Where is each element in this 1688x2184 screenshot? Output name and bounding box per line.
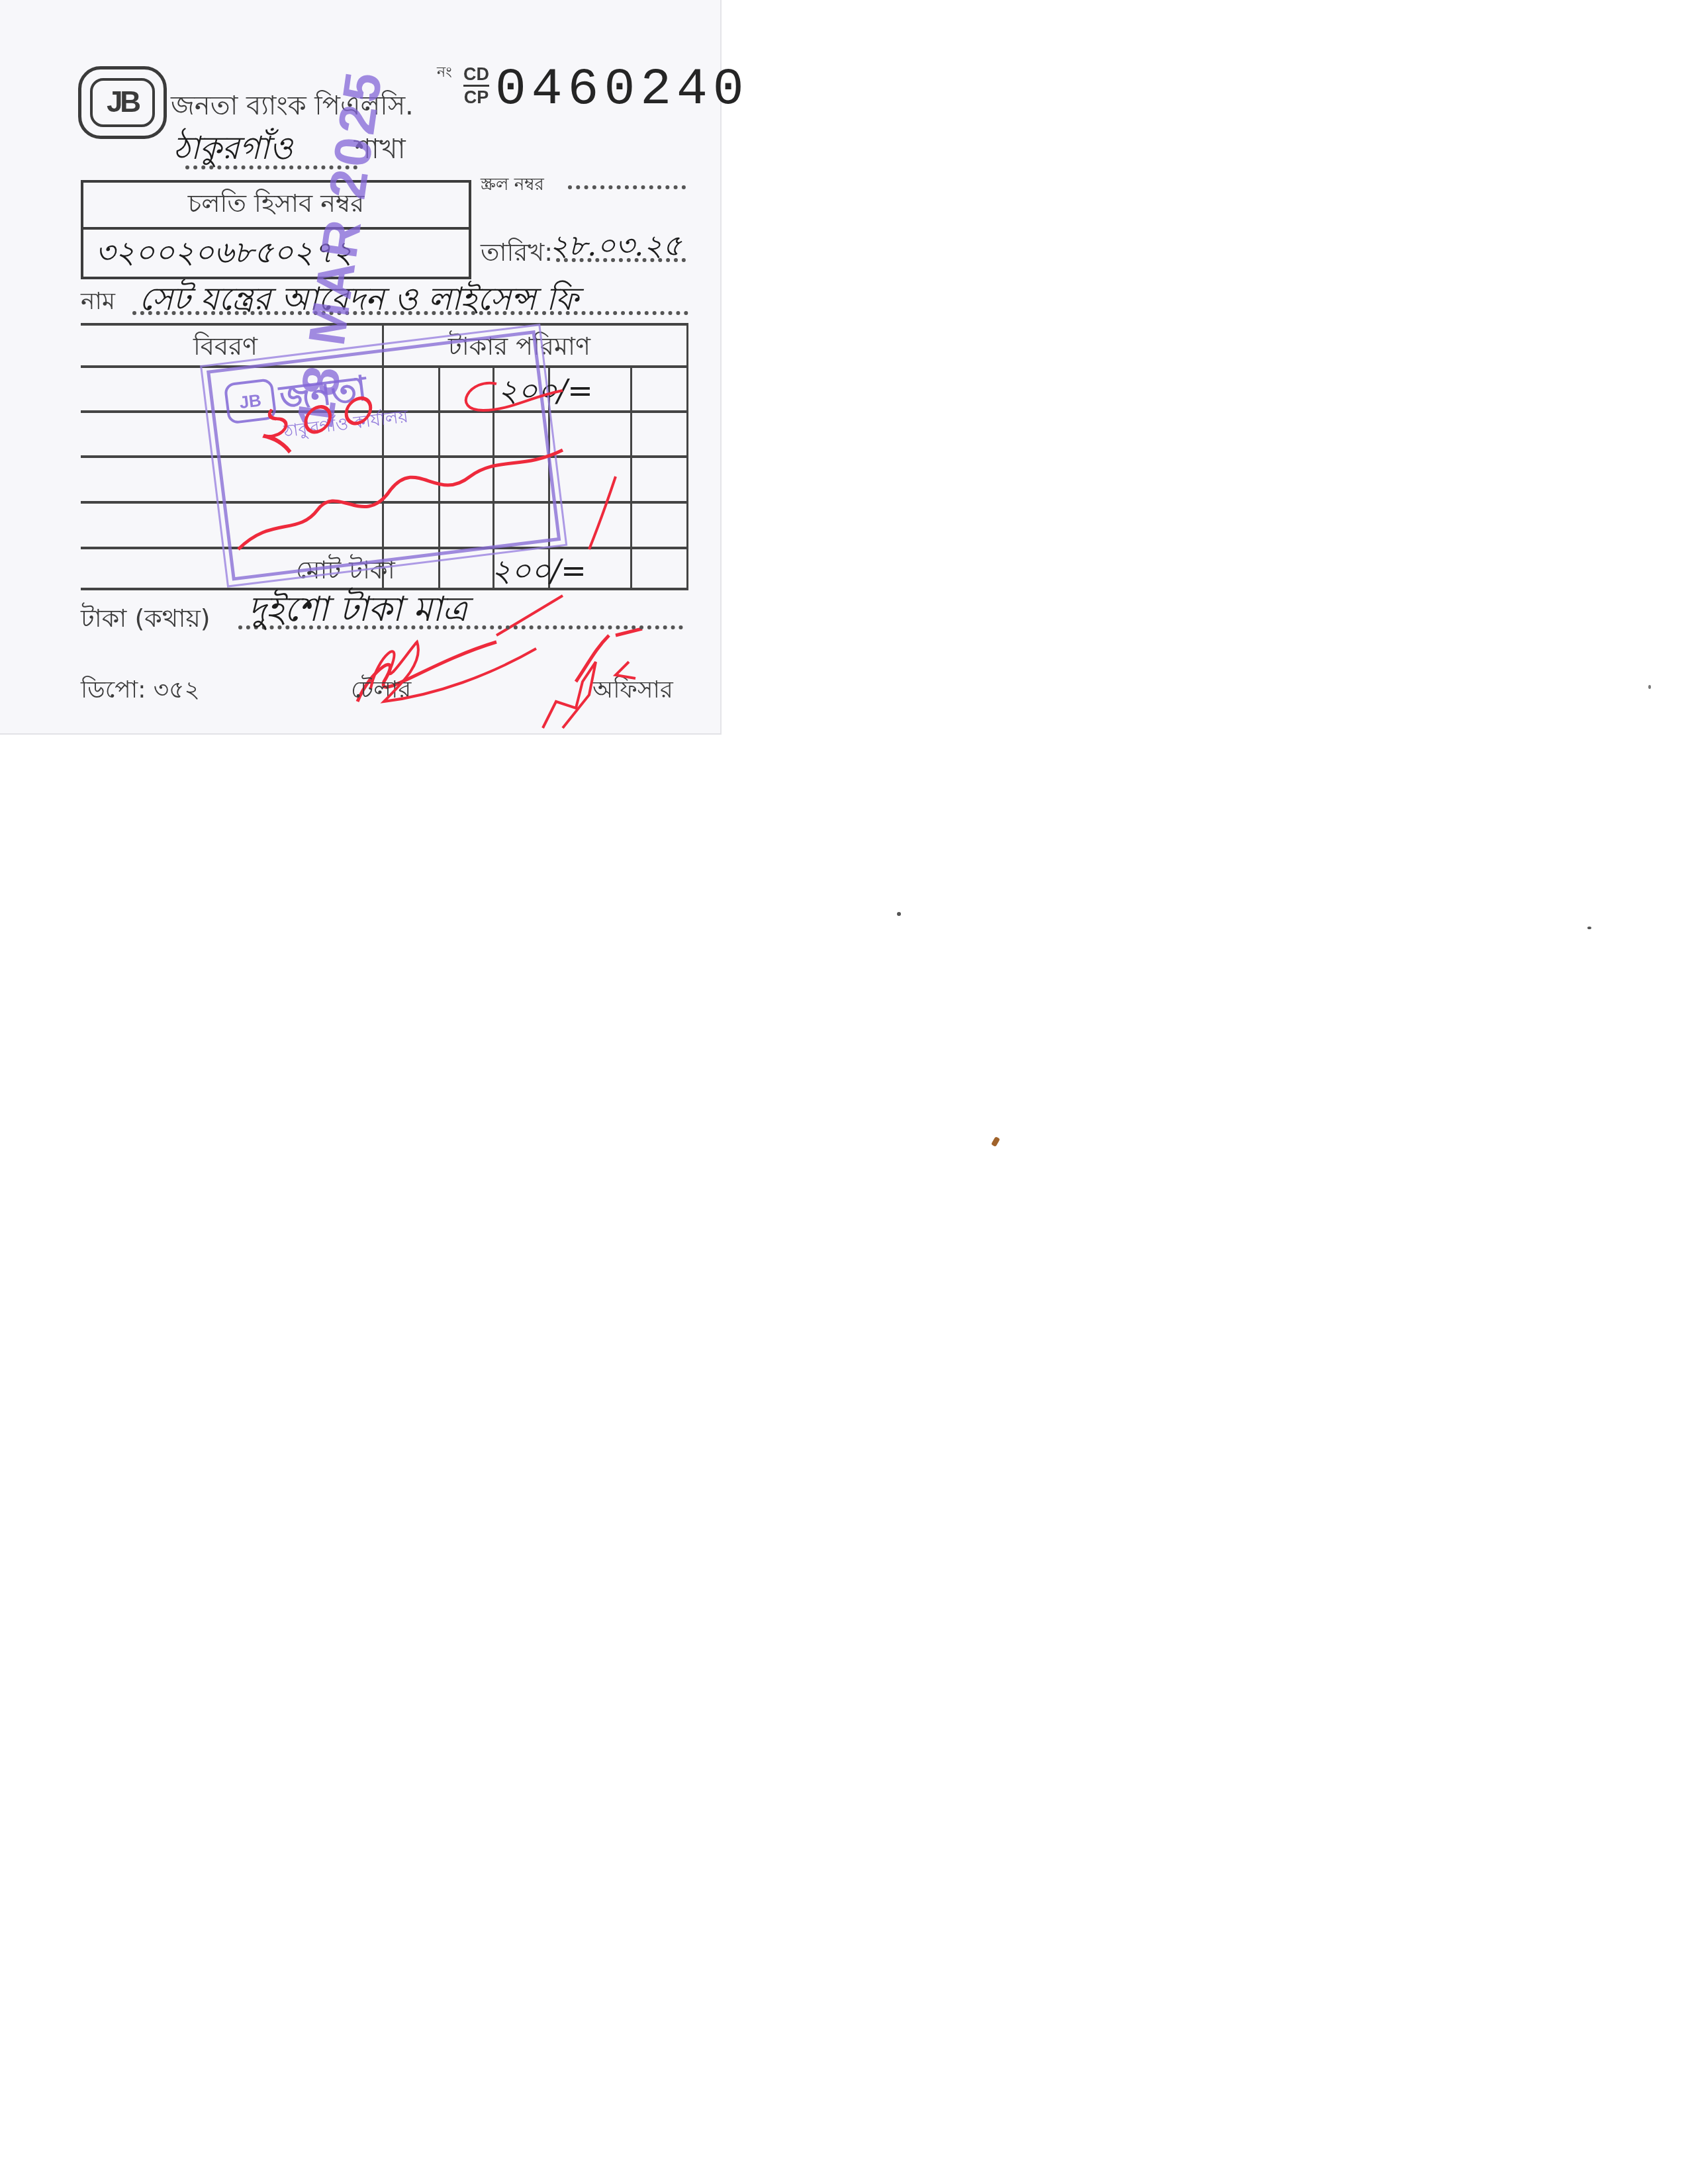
branch-handwritten: ঠাকুরগাঁও: [173, 124, 293, 177]
cd-cp-label: CD CP: [463, 65, 489, 107]
date-handwritten: ২৮.০৩.২৫: [549, 224, 682, 272]
account-number-box: চলতি হিসাব নম্বর ৩২০০২০৬৮৫০২৭২: [81, 180, 471, 279]
name-label: নাম: [81, 283, 115, 323]
scan-speck: [1648, 685, 1651, 689]
date-label: তারিখ:: [481, 233, 553, 275]
account-number-handwritten: ৩২০০২০৬৮৫০২৭২: [83, 230, 469, 279]
scan-speck: [897, 912, 901, 916]
serial-number: 0460240: [495, 61, 749, 119]
depot-label: ডিপো: ৩৫২: [81, 672, 200, 711]
janata-bank-logo-icon: JB: [78, 66, 167, 139]
signature-marks: [344, 629, 715, 735]
scan-speck: [1587, 927, 1591, 929]
header-description: বিবরণ: [193, 327, 258, 369]
account-box-title: চলতি হিসাব নম্বর: [83, 183, 469, 230]
deposit-slip: JB জনতা ব্যাংক পিএলসি. নং CD CP 0460240 …: [0, 0, 722, 735]
number-label: নং: [437, 61, 452, 85]
scan-speck: [991, 1136, 1000, 1147]
scroll-number-label: স্ক্রল নম্বর: [481, 171, 544, 200]
amount-in-words-label: টাকা (কথায়): [81, 599, 211, 641]
fraction-bar: [463, 85, 489, 87]
table-rule: [81, 323, 688, 326]
scroll-number-field: [568, 185, 686, 189]
